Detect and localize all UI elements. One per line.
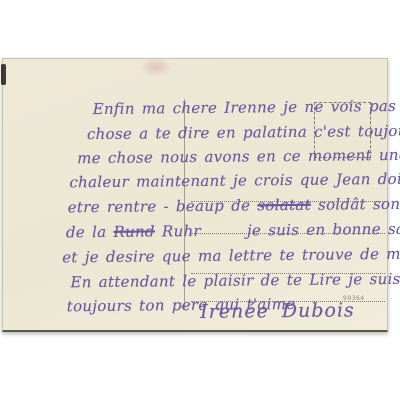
plate-digit: 6 <box>179 303 183 310</box>
serial-number: 99364 <box>343 295 365 302</box>
postcard: Enfin ma chere Irenne je ne vois pas gra… <box>2 58 388 332</box>
scanned-postcard-photo: Enfin ma chere Irenne je ne vois pas gra… <box>0 0 400 400</box>
signature: Irenée Dubois <box>200 299 355 323</box>
handwritten-message: Enfin ma chere Irenne je ne vois pas gra… <box>2 57 389 332</box>
